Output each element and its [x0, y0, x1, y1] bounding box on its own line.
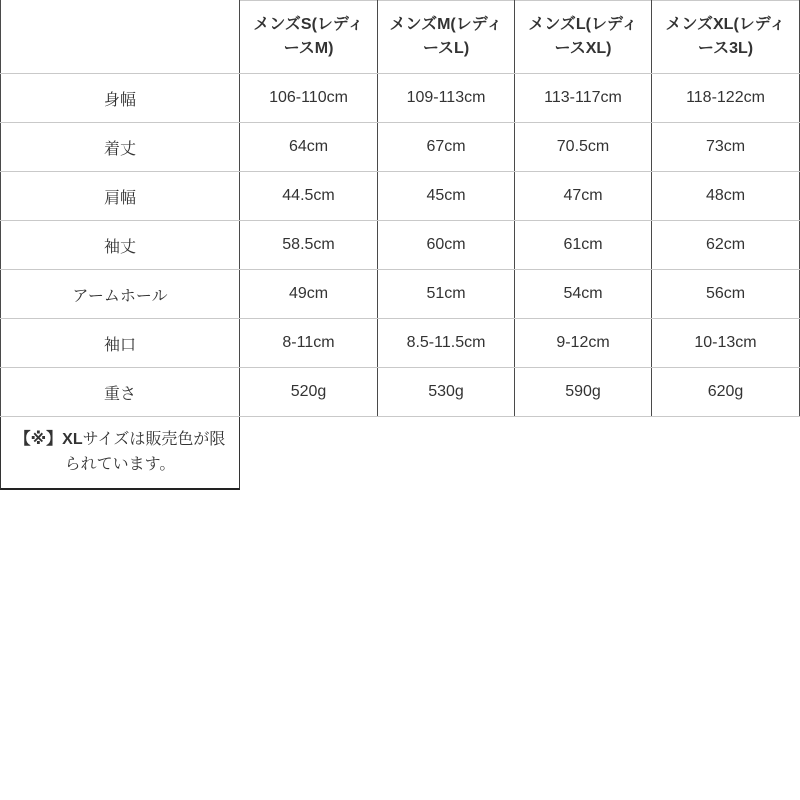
row-label: アームホール: [1, 270, 240, 319]
row-label: 着丈: [1, 123, 240, 172]
table-row-weight: 重さ 520g 530g 590g 620g: [1, 368, 800, 417]
size-value-cell: 8.5-11.5cm: [378, 319, 515, 368]
size-value-cell: 590g: [515, 368, 652, 417]
size-value-cell: 60cm: [378, 221, 515, 270]
size-value-cell: 61cm: [515, 221, 652, 270]
table-row-shoulder-width: 肩幅 44.5cm 45cm 47cm 48cm: [1, 172, 800, 221]
column-header-mens-l: メンズL(レディースXL): [515, 1, 652, 74]
size-value-cell: 73cm: [652, 123, 800, 172]
size-value-cell: 70.5cm: [515, 123, 652, 172]
size-value-cell: 67cm: [378, 123, 515, 172]
corner-cell: [1, 1, 240, 74]
size-value-cell: 64cm: [240, 123, 378, 172]
table-row-length: 着丈 64cm 67cm 70.5cm 73cm: [1, 123, 800, 172]
size-value-cell: 106-110cm: [240, 74, 378, 123]
row-label: 袖丈: [1, 221, 240, 270]
size-value-cell: 51cm: [378, 270, 515, 319]
row-label: 肩幅: [1, 172, 240, 221]
size-value-cell: 44.5cm: [240, 172, 378, 221]
column-header-mens-s: メンズS(レディースM): [240, 1, 378, 74]
size-chart-table: メンズS(レディースM) メンズM(レディースL) メンズL(レディースXL) …: [0, 0, 800, 417]
size-value-cell: 113-117cm: [515, 74, 652, 123]
size-value-cell: 530g: [378, 368, 515, 417]
row-label: 身幅: [1, 74, 240, 123]
size-value-cell: 62cm: [652, 221, 800, 270]
size-value-cell: 109-113cm: [378, 74, 515, 123]
size-value-cell: 54cm: [515, 270, 652, 319]
size-value-cell: 10-13cm: [652, 319, 800, 368]
footnote-text: サイズは販売色が限られています。: [65, 431, 226, 473]
size-value-cell: 58.5cm: [240, 221, 378, 270]
size-value-cell: 8-11cm: [240, 319, 378, 368]
footnote-bold-prefix: 【※】XL: [15, 431, 83, 448]
table-row-body-width: 身幅 106-110cm 109-113cm 113-117cm 118-122…: [1, 74, 800, 123]
size-value-cell: 45cm: [378, 172, 515, 221]
table-row-cuff: 袖口 8-11cm 8.5-11.5cm 9-12cm 10-13cm: [1, 319, 800, 368]
size-value-cell: 9-12cm: [515, 319, 652, 368]
row-label: 袖口: [1, 319, 240, 368]
size-value-cell: 520g: [240, 368, 378, 417]
size-chart-page: メンズS(レディースM) メンズM(レディースL) メンズL(レディースXL) …: [0, 0, 800, 800]
column-header-mens-xl: メンズXL(レディース3L): [652, 1, 800, 74]
header-row: メンズS(レディースM) メンズM(レディースL) メンズL(レディースXL) …: [1, 1, 800, 74]
table-row-armhole: アームホール 49cm 51cm 54cm 56cm: [1, 270, 800, 319]
size-value-cell: 118-122cm: [652, 74, 800, 123]
size-value-cell: 56cm: [652, 270, 800, 319]
size-value-cell: 47cm: [515, 172, 652, 221]
size-value-cell: 620g: [652, 368, 800, 417]
table-row-sleeve-length: 袖丈 58.5cm 60cm 61cm 62cm: [1, 221, 800, 270]
size-value-cell: 48cm: [652, 172, 800, 221]
footnote: 【※】XLサイズは販売色が限られています。: [0, 417, 240, 490]
column-header-mens-m: メンズM(レディースL): [378, 1, 515, 74]
row-label: 重さ: [1, 368, 240, 417]
size-value-cell: 49cm: [240, 270, 378, 319]
